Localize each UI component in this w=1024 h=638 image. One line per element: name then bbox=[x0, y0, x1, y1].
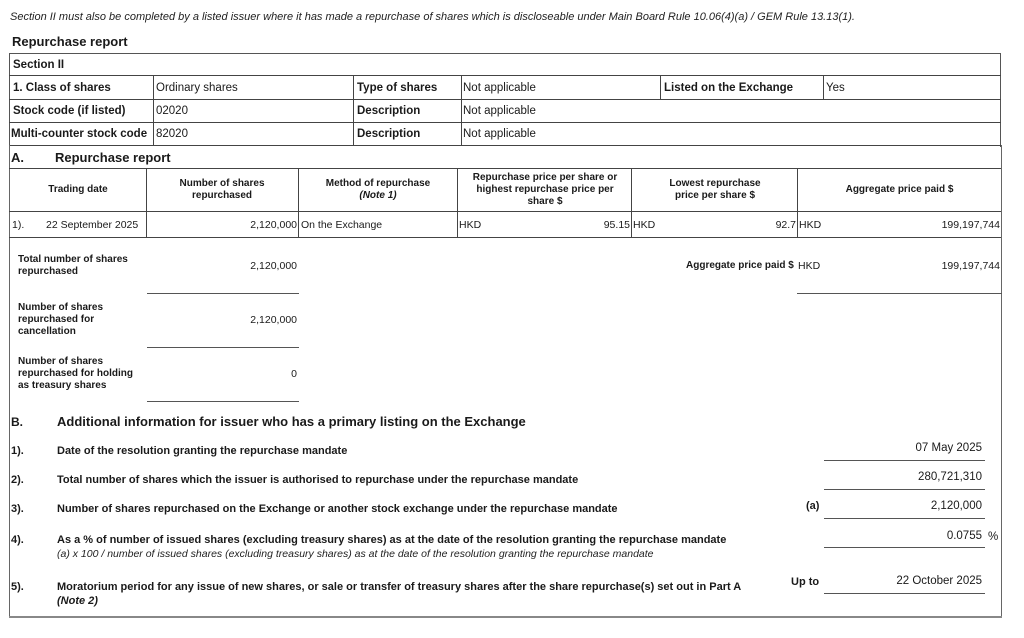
aggregate-total-label: Aggregate price paid $ bbox=[686, 260, 794, 272]
listed-on-exchange-label: Listed on the Exchange bbox=[664, 81, 793, 95]
item-index: 1). bbox=[11, 445, 24, 457]
moratorium-value: 22 October 2025 bbox=[832, 575, 982, 587]
divider bbox=[9, 122, 1001, 123]
section-ii-heading: Section II bbox=[13, 58, 64, 72]
aggregate-total-value: 199,197,744 bbox=[880, 260, 1000, 272]
row-index: 1). bbox=[12, 219, 24, 232]
authorised-shares-value: 280,721,310 bbox=[832, 471, 982, 483]
up-to-label: Up to bbox=[791, 576, 819, 588]
frame-bottom bbox=[9, 616, 1002, 618]
col-trading-date: Trading date bbox=[10, 184, 146, 196]
col-aggregate: Aggregate price paid $ bbox=[798, 184, 1001, 196]
underline bbox=[824, 518, 985, 519]
underline bbox=[147, 293, 299, 294]
item-index: 4). bbox=[11, 534, 24, 546]
row-aggregate: 199,197,744 bbox=[880, 219, 1000, 232]
authorised-shares-label: Total number of shares which the issuer … bbox=[57, 474, 578, 486]
shares-repurchased-label: Number of shares repurchased on the Exch… bbox=[57, 503, 618, 515]
item-index: 3). bbox=[11, 503, 24, 515]
part-a-letter: A. bbox=[11, 150, 24, 165]
class-of-shares-value: Ordinary shares bbox=[156, 81, 238, 95]
divider bbox=[9, 75, 1001, 76]
divider bbox=[631, 168, 632, 237]
part-b-letter: B. bbox=[11, 415, 23, 429]
item-index: 5). bbox=[11, 581, 24, 593]
part-b-heading: Additional information for issuer who ha… bbox=[57, 414, 526, 429]
multi-counter-value: 82020 bbox=[156, 127, 188, 141]
row-trading-date: 22 September 2025 bbox=[46, 219, 138, 232]
row-lowest-price: 92.7 bbox=[720, 219, 796, 232]
part-a-heading: Repurchase report bbox=[55, 150, 171, 165]
divider bbox=[146, 168, 147, 237]
treasury-label: Number of shares repurchased for holding… bbox=[18, 356, 143, 392]
col-method-label: Method of repurchase bbox=[326, 178, 430, 189]
moratorium-label: Moratorium period for any issue of new s… bbox=[57, 581, 741, 593]
divider bbox=[660, 75, 661, 99]
divider bbox=[9, 99, 1001, 100]
divider bbox=[9, 211, 1001, 212]
underline bbox=[824, 547, 985, 548]
resolution-date-label: Date of the resolution granting the repu… bbox=[57, 445, 347, 457]
divider bbox=[461, 75, 462, 145]
row-lowest-currency: HKD bbox=[633, 219, 655, 232]
moratorium-note: (Note 2) bbox=[57, 595, 98, 607]
row-highest-currency: HKD bbox=[459, 219, 481, 232]
col-method-note: (Note 1) bbox=[359, 190, 396, 201]
divider bbox=[9, 145, 1001, 146]
percentage-formula: (a) x 100 / number of issued shares (exc… bbox=[57, 548, 654, 560]
stock-code-label: Stock code (if listed) bbox=[13, 104, 125, 118]
frame-right bbox=[1001, 145, 1002, 617]
marker-a: (a) bbox=[806, 500, 819, 512]
divider bbox=[353, 75, 354, 145]
underline bbox=[824, 593, 985, 594]
col-lowest-price: Lowest repurchase price per share $ bbox=[660, 178, 770, 202]
description-value: Not applicable bbox=[463, 127, 536, 141]
cancellation-value: 2,120,000 bbox=[148, 314, 297, 326]
multi-counter-label: Multi-counter stock code bbox=[11, 127, 147, 141]
percent-unit: % bbox=[988, 531, 998, 543]
listed-on-exchange-value: Yes bbox=[826, 81, 845, 95]
row-method: On the Exchange bbox=[301, 219, 382, 232]
underline bbox=[147, 401, 299, 402]
col-number-repurchased: Number of shares repurchased bbox=[160, 178, 284, 202]
stock-code-value: 02020 bbox=[156, 104, 188, 118]
divider bbox=[457, 168, 458, 237]
underline bbox=[824, 489, 985, 490]
description-value: Not applicable bbox=[463, 104, 536, 118]
frame-left bbox=[9, 145, 10, 617]
percentage-value: 0.0755 bbox=[832, 530, 982, 542]
underline bbox=[824, 460, 985, 461]
report-title: Repurchase report bbox=[12, 34, 128, 49]
item-index: 2). bbox=[11, 474, 24, 486]
treasury-value: 0 bbox=[148, 368, 297, 380]
col-method: Method of repurchase (Note 1) bbox=[299, 178, 457, 202]
aggregate-total-currency: HKD bbox=[798, 260, 820, 273]
total-shares-value: 2,120,000 bbox=[148, 260, 297, 272]
class-of-shares-label: 1. Class of shares bbox=[13, 81, 111, 95]
divider bbox=[823, 75, 824, 99]
percentage-label: As a % of number of issued shares (exclu… bbox=[57, 534, 726, 546]
underline bbox=[147, 347, 299, 348]
shares-repurchased-value: 2,120,000 bbox=[832, 500, 982, 512]
total-shares-label: Total number of shares repurchased bbox=[18, 254, 143, 278]
resolution-date-value: 07 May 2025 bbox=[832, 442, 982, 454]
description-label: Description bbox=[357, 104, 420, 118]
row-aggregate-currency: HKD bbox=[799, 219, 821, 232]
type-of-shares-value: Not applicable bbox=[463, 81, 536, 95]
divider bbox=[9, 168, 1001, 169]
divider bbox=[797, 168, 798, 237]
description-label: Description bbox=[357, 127, 420, 141]
cancellation-label: Number of shares repurchased for cancell… bbox=[18, 302, 128, 338]
divider bbox=[9, 237, 1001, 238]
row-number-repurchased: 2,120,000 bbox=[148, 219, 297, 232]
intro-note: Section II must also be completed by a l… bbox=[10, 11, 855, 23]
col-highest-price: Repurchase price per share or highest re… bbox=[466, 172, 624, 208]
underline bbox=[797, 293, 1002, 294]
type-of-shares-label: Type of shares bbox=[357, 81, 437, 95]
row-highest-price: 95.15 bbox=[560, 219, 630, 232]
divider bbox=[153, 75, 154, 145]
